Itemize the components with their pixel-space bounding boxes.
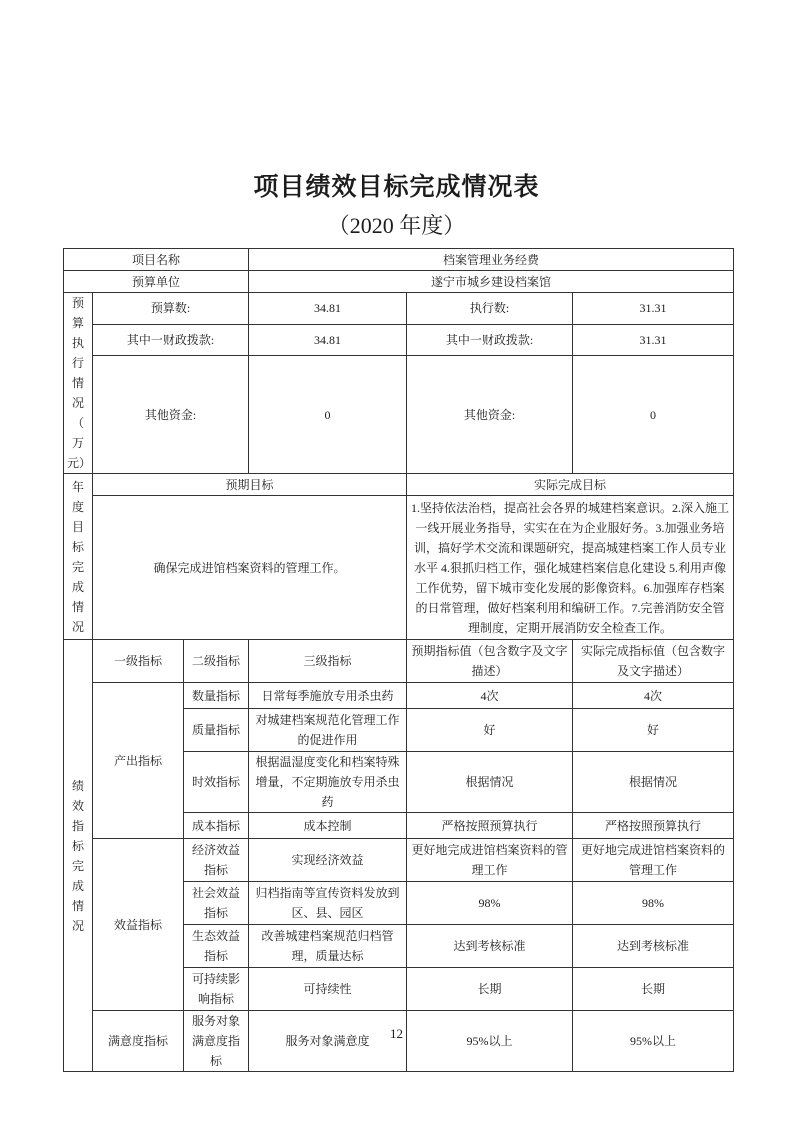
indicator-expected-cell: 根据情况 xyxy=(407,752,573,813)
actual-goal-text: 1.坚持依法治档，提高社会各界的城建档案意识。2.深入施工一线开展业务指导，实实… xyxy=(407,496,734,640)
indicator-level3-cell: 对城建档案规范化管理工作的促进作用 xyxy=(249,709,407,752)
indicator-header-actual: 实际完成指标值（包含数字及文字描述） xyxy=(573,640,734,683)
indicator-level2-cell: 质量指标 xyxy=(184,709,249,752)
indicator-level3-cell: 成本控制 xyxy=(249,813,407,839)
indicator-expected-cell: 好 xyxy=(407,709,573,752)
indicator-row: 产出指标 数量指标 日常每季施放专用杀虫药 4次 4次 xyxy=(64,683,734,709)
indicator-row: 效益指标 经济效益指标 实现经济效益 更好地完成进馆档案资料的管理工作 更好地完… xyxy=(64,839,734,882)
budget-value-cell: 31.31 xyxy=(573,324,734,356)
budget-label-cell: 预算数: xyxy=(93,293,249,325)
indicator-level3-cell: 改善城建档案规范归档管理，质量达标 xyxy=(249,925,407,968)
indicator-expected-cell: 更好地完成进馆档案资料的管理工作 xyxy=(407,839,573,882)
budget-unit-value: 遂宁市城乡建设档案馆 xyxy=(249,271,734,293)
indicator-actual-cell: 达到考核标准 xyxy=(573,925,734,968)
page-title: 项目绩效目标完成情况表 xyxy=(0,167,793,203)
indicator-expected-cell: 达到考核标准 xyxy=(407,925,573,968)
indicator-header-level3: 三级指标 xyxy=(249,640,407,683)
project-name-value: 档案管理业务经费 xyxy=(249,249,734,271)
indicator-level3-cell: 可持续性 xyxy=(249,968,407,1011)
budget-label-cell: 其他资金: xyxy=(407,356,573,474)
indicator-expected-cell: 98% xyxy=(407,882,573,925)
indicator-level2-cell: 可持续影响指标 xyxy=(184,968,249,1011)
indicator-level1-cell: 产出指标 xyxy=(93,683,184,839)
budget-unit-label: 预算单位 xyxy=(64,271,249,293)
actual-goal-header: 实际完成目标 xyxy=(407,474,734,496)
indicator-level1-cell: 效益指标 xyxy=(93,839,184,1011)
budget-label-cell: 执行数: xyxy=(407,293,573,325)
indicator-level2-cell: 经济效益指标 xyxy=(184,839,249,882)
indicator-level2-cell: 生态效益指标 xyxy=(184,925,249,968)
budget-row: 预算执行情况（万元） 预算数: 34.81 执行数: 31.31 xyxy=(64,293,734,325)
expected-goal-header: 预期目标 xyxy=(93,474,407,496)
budget-label-cell: 其他资金: xyxy=(93,356,249,474)
indicator-level2-cell: 数量指标 xyxy=(184,683,249,709)
document-page: 项目绩效目标完成情况表 （2020 年度） 项目名称 档案管理业务经费 预算单位… xyxy=(0,0,793,1122)
project-name-row: 项目名称 档案管理业务经费 xyxy=(64,249,734,271)
page-subtitle: （2020 年度） xyxy=(0,209,793,240)
project-name-label: 项目名称 xyxy=(64,249,249,271)
indicator-actual-cell: 严格按照预算执行 xyxy=(573,813,734,839)
page-number: 12 xyxy=(0,1026,793,1042)
indicator-level2-cell: 成本指标 xyxy=(184,813,249,839)
indicator-level3-cell: 日常每季施放专用杀虫药 xyxy=(249,683,407,709)
indicator-level3-cell: 实现经济效益 xyxy=(249,839,407,882)
budget-value-cell: 31.31 xyxy=(573,293,734,325)
indicator-actual-cell: 4次 xyxy=(573,683,734,709)
indicator-header-row: 绩效指标完成情况 一级指标 二级指标 三级指标 预期指标值（包含数字及文字描述）… xyxy=(64,640,734,683)
budget-value-cell: 34.81 xyxy=(249,293,407,325)
indicator-actual-cell: 98% xyxy=(573,882,734,925)
indicator-expected-cell: 严格按照预算执行 xyxy=(407,813,573,839)
budget-label-cell: 其中一财政拨款: xyxy=(93,324,249,356)
budget-section-label: 预算执行情况（万元） xyxy=(64,293,93,474)
annual-header-row: 年度目标完成情况 预期目标 实际完成目标 xyxy=(64,474,734,496)
indicator-header-expected: 预期指标值（包含数字及文字描述） xyxy=(407,640,573,683)
budget-label-cell: 其中一财政拨款: xyxy=(407,324,573,356)
indicator-level2-cell: 社会效益指标 xyxy=(184,882,249,925)
indicators-section-label: 绩效指标完成情况 xyxy=(64,640,93,1072)
budget-row: 其中一财政拨款: 34.81 其中一财政拨款: 31.31 xyxy=(64,324,734,356)
expected-goal-text: 确保完成进馆档案资料的管理工作。 xyxy=(93,496,407,640)
indicator-actual-cell: 更好地完成进馆档案资料的管理工作 xyxy=(573,839,734,882)
budget-value-cell: 0 xyxy=(573,356,734,474)
indicator-level2-cell: 时效指标 xyxy=(184,752,249,813)
annual-section-label: 年度目标完成情况 xyxy=(64,474,93,640)
indicator-expected-cell: 长期 xyxy=(407,968,573,1011)
indicator-header-level2: 二级指标 xyxy=(184,640,249,683)
budget-value-cell: 0 xyxy=(249,356,407,474)
budget-unit-row: 预算单位 遂宁市城乡建设档案馆 xyxy=(64,271,734,293)
performance-table: 项目名称 档案管理业务经费 预算单位 遂宁市城乡建设档案馆 预算执行情况（万元）… xyxy=(63,248,734,1072)
indicator-level3-cell: 根据温湿度变化和档案特殊增量，不定期施放专用杀虫药 xyxy=(249,752,407,813)
annual-content-row: 确保完成进馆档案资料的管理工作。 1.坚持依法治档，提高社会各界的城建档案意识。… xyxy=(64,496,734,640)
indicator-expected-cell: 4次 xyxy=(407,683,573,709)
indicator-actual-cell: 根据情况 xyxy=(573,752,734,813)
indicator-header-level1: 一级指标 xyxy=(93,640,184,683)
indicator-actual-cell: 长期 xyxy=(573,968,734,1011)
budget-row: 其他资金: 0 其他资金: 0 xyxy=(64,356,734,474)
indicator-actual-cell: 好 xyxy=(573,709,734,752)
indicator-level3-cell: 归档指南等宣传资料发放到区、县、园区 xyxy=(249,882,407,925)
budget-value-cell: 34.81 xyxy=(249,324,407,356)
